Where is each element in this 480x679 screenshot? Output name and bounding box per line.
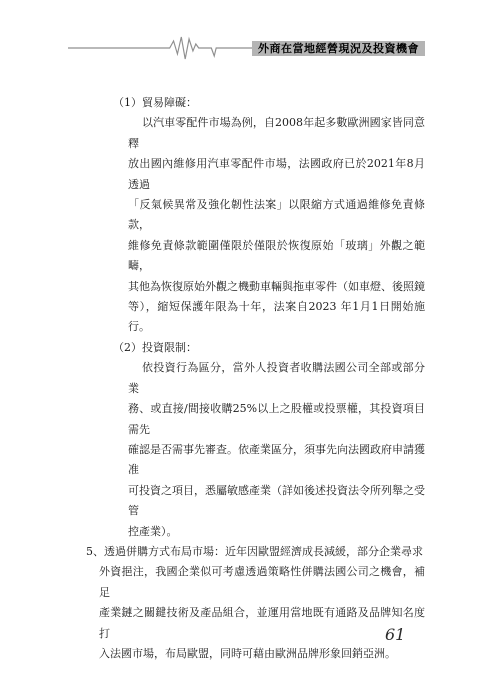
- section-1-label: （1）貿易障礙：: [68, 93, 425, 113]
- section-1-body: 以汽車零配件市場為例，自2008年起多數歐洲國家皆同意釋 放出國內維修用汽車零配…: [68, 113, 425, 337]
- page-header-title: 外商在當地經營現況及投資機會: [252, 41, 425, 56]
- page-number: 61: [385, 625, 405, 644]
- document-page: 外商在當地經營現況及投資機會 （1）貿易障礙： 以汽車零配件市場為例，自2008…: [0, 0, 480, 679]
- section-2-label: （2）投資限制：: [68, 338, 425, 358]
- page-header: 外商在當地經營現況及投資機會: [68, 35, 425, 61]
- document-body: （1）貿易障礙： 以汽車零配件市場為例，自2008年起多數歐洲國家皆同意釋 放出…: [68, 93, 425, 664]
- zigzag-divider-icon: [68, 35, 252, 61]
- section-2-body: 依投資行為區分，當外人投資者收購法國公司全部或部分業 務、或直接/間接收購25%…: [68, 358, 425, 542]
- list-item-5: 5、透過併購方式布局市場：近年因歐盟經濟成長減緩，部分企業尋求 外資挹注，我國企…: [68, 542, 425, 664]
